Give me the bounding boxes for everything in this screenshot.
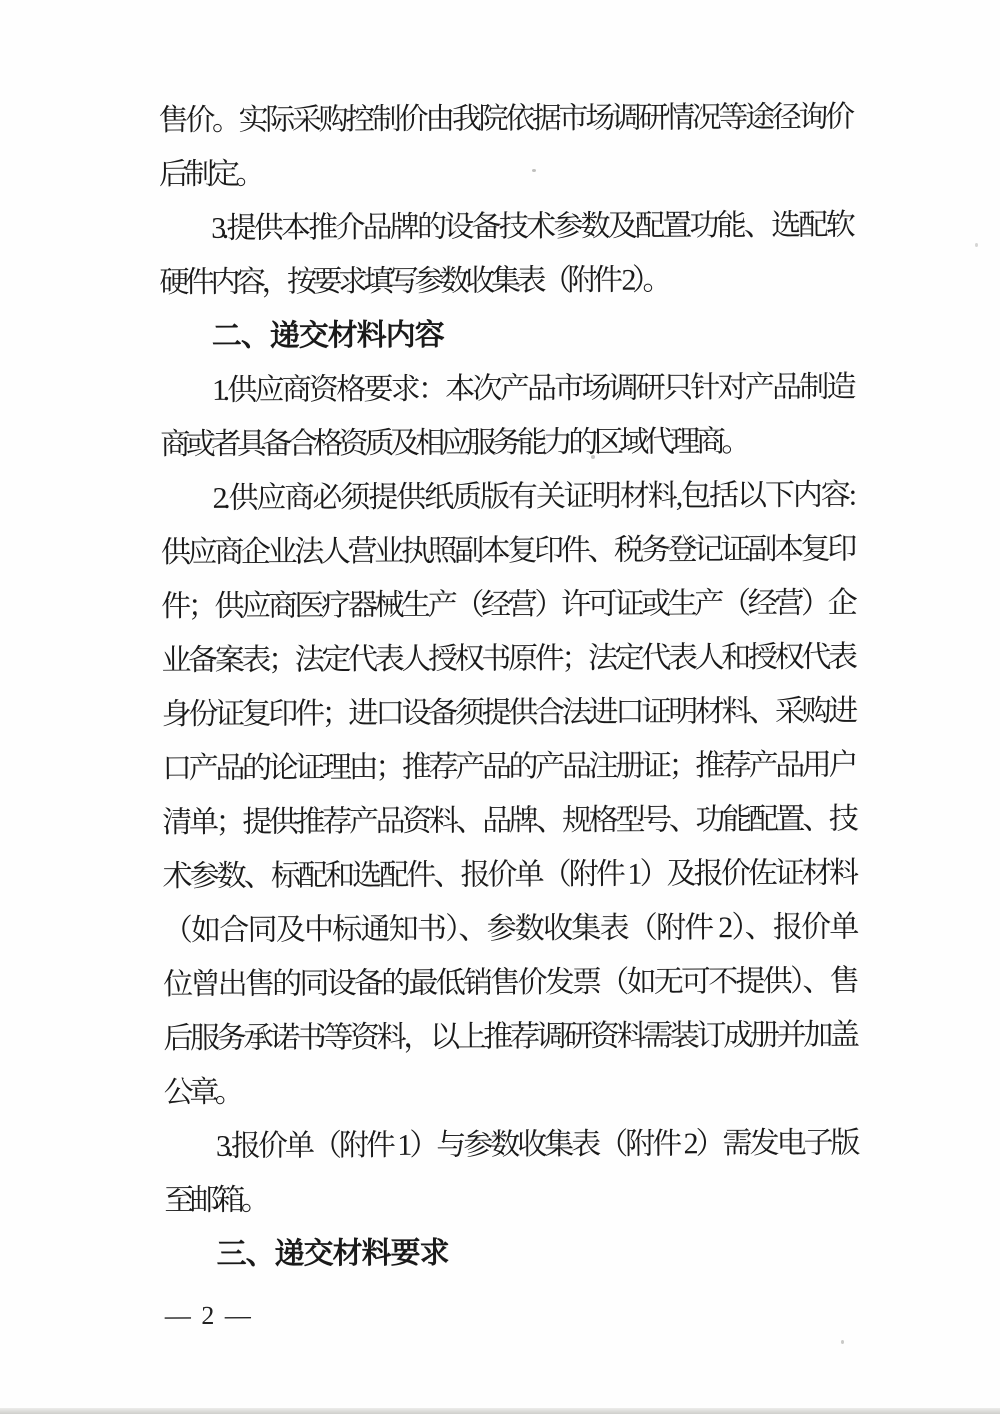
text-line: （如合同及中标通知书）、参数收集表（附件 2）、报价单 [163, 901, 855, 959]
scan-speck [841, 1340, 844, 1344]
text-line: 身份证复印件；进口设备须提供合法进口证明材料、采购进 [162, 685, 854, 743]
text-line: 3.报价单（附件 1）与参数收集表（附件 2）需发电子版 [164, 1117, 856, 1175]
text-line: 商或者具备合格资质及相应服务能力的区域代理商。 [160, 415, 852, 473]
scan-speck [591, 455, 595, 459]
text-line: 2.供应商必须提供纸质版有关证明材料,包括以下内容: [160, 469, 852, 527]
text-line: 术参数、标配和选配件、报价单（附件 1）及报价佐证材料 [162, 847, 854, 905]
text-block: 售价。实际采购控制价由我院依据市场调研情况等途径询价后制定。3.提供本推介品牌的… [158, 91, 856, 1283]
scan-speck [532, 169, 536, 172]
scan-edge-artifact [0, 1408, 1000, 1414]
text-line: 至邮箱。 [164, 1171, 856, 1229]
text-line: 清单；提供推荐产品资料、品牌、规格型号、功能配置、技 [162, 793, 854, 851]
text-line: 硬件内容，按要求填写参数收集表（附件 2）。 [159, 253, 851, 311]
text-line: 供应商企业法人营业执照副本复印件、税务登记证副本复印 [161, 523, 853, 581]
text-line: 口产品的论证理由；推荐产品的产品注册证；推荐产品用户 [162, 739, 854, 797]
text-line: 业备案表；法定代表人授权书原件；法定代表人和授权代表 [161, 631, 853, 689]
page-number: — 2 — [165, 1301, 253, 1331]
section-heading: 三、递交材料要求 [164, 1225, 856, 1283]
document-page: { "page": { "background": "#ffffff", "te… [0, 0, 1000, 1414]
scan-speck [975, 243, 978, 247]
text-line: 售价。实际采购控制价由我院依据市场调研情况等途径询价 [158, 91, 850, 149]
text-line: 1.供应商资格要求：本次产品市场调研只针对产品制造 [160, 361, 852, 419]
text-line: 后服务承诺书等资料，以上推荐调研资料需装订成册并加盖 [163, 1009, 855, 1067]
text-line: 公章。 [164, 1063, 856, 1121]
text-line: 件；供应商医疗器械生产（经营）许可证或生产（经营）企 [161, 577, 853, 635]
text-line: 3.提供本推介品牌的设备技术参数及配置功能、选配软 [159, 199, 851, 257]
text-line: 后制定。 [159, 145, 851, 203]
text-line: 位曾出售的同设备的最低销售价发票（如无可不提供）、售 [163, 955, 855, 1013]
scan-skew-layer: 售价。实际采购控制价由我院依据市场调研情况等途径询价后制定。3.提供本推介品牌的… [0, 0, 1000, 1414]
section-heading: 二、递交材料内容 [160, 307, 852, 365]
